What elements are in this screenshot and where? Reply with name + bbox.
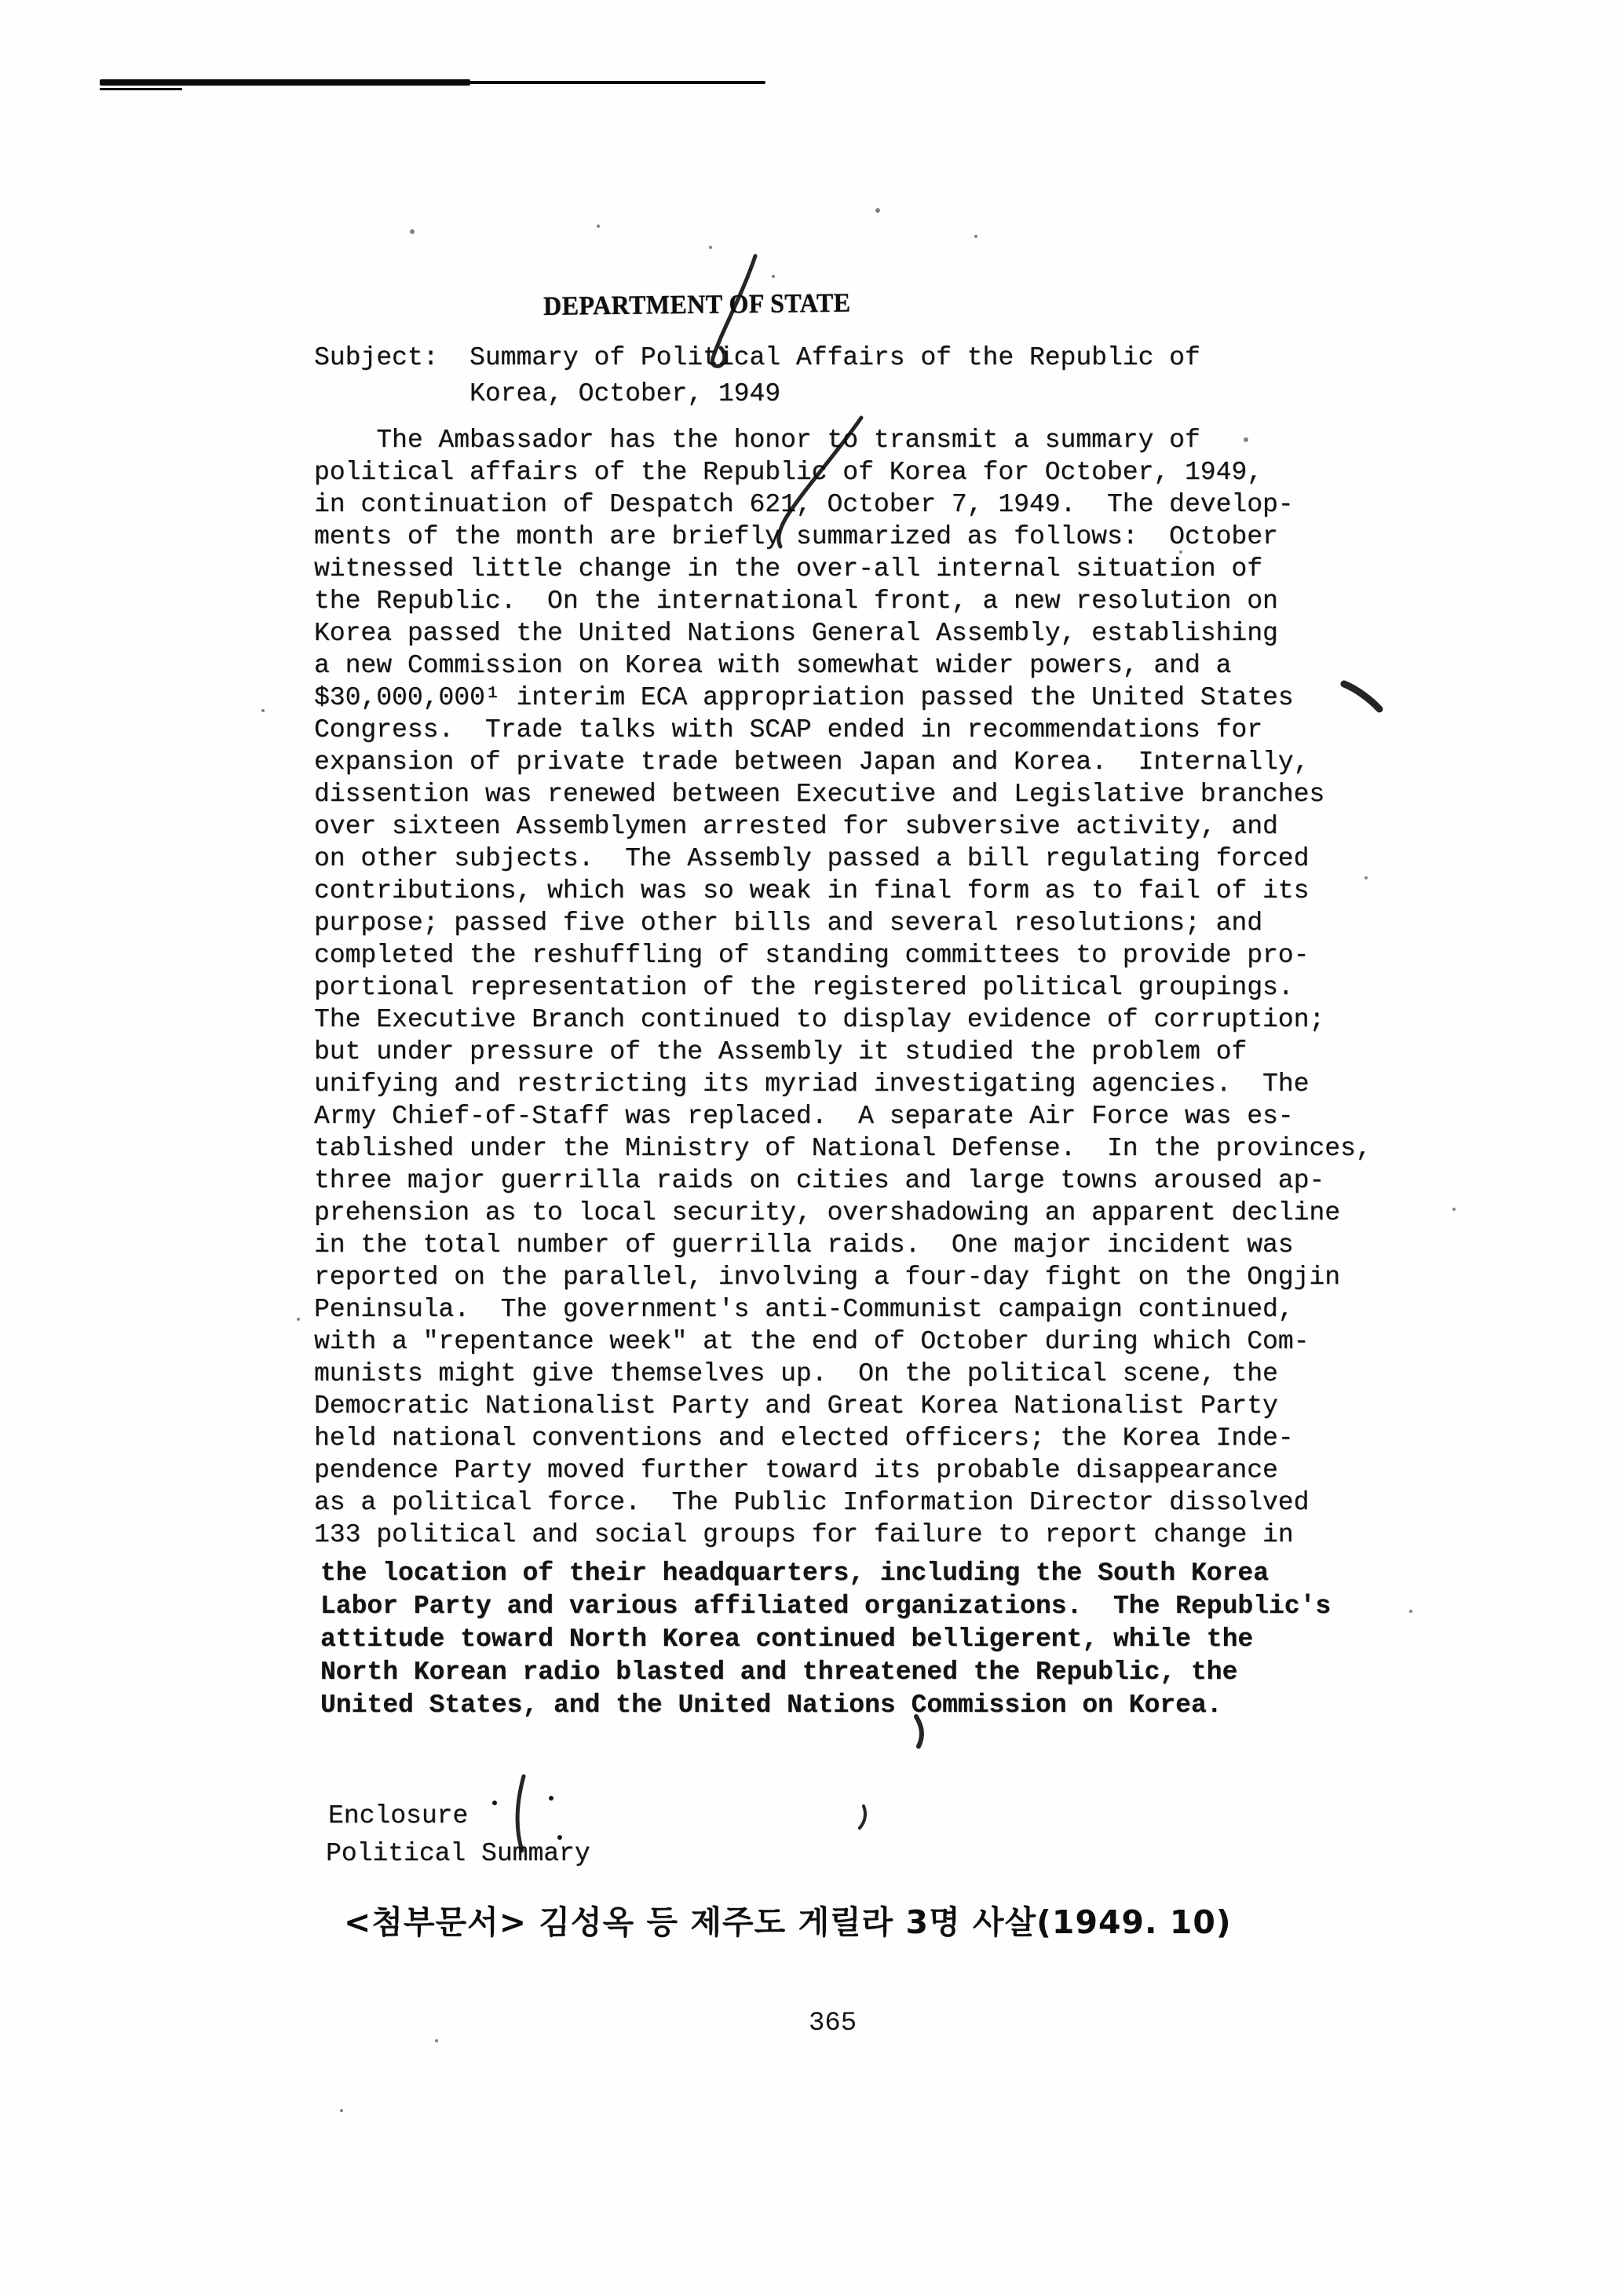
typed-line: completed the reshuffling of standing co… [314,939,1372,971]
top-rule-right-segment [467,81,765,84]
typed-line: in the total number of guerrilla raids. … [314,1229,1372,1261]
typed-line: Peninsula. The government's anti-Communi… [314,1293,1372,1325]
enclosure-item: Political Summary [326,1837,590,1870]
subject-block: Subject: Summary of Political Affairs of… [314,340,1200,412]
korean-attachment-caption: <첨부문서> 김성옥 등 제주도 게릴라 3명 사살(1949. 10) [344,1896,1232,1943]
typed-line: Korea passed the United Nations General … [314,617,1372,649]
typed-line: over sixteen Assemblymen arrested for su… [314,810,1372,843]
typed-line: the location of their headquarters, incl… [320,1557,1331,1590]
page-number: 365 [809,2009,857,2038]
typed-line: Army Chief-of-Staff was replaced. A sepa… [314,1100,1372,1132]
top-rule-left-segment [100,79,470,86]
typed-line: Subject: Summary of Political Affairs of… [314,340,1200,376]
enclosure-label: Enclosure [328,1800,468,1832]
typed-line: portional representation of the register… [314,971,1372,1004]
typed-line: Korea, October, 1949 [314,376,1200,412]
typed-line: reported on the parallel, involving a fo… [314,1261,1372,1293]
body-paragraph-2: the location of their headquarters, incl… [320,1557,1331,1722]
typed-line: Congress. Trade talks with SCAP ended in… [314,714,1372,746]
document-page: DEPARTMENT OF STATE Subject: Summary of … [0,0,1622,2296]
typed-line: ments of the month are briefly summarize… [314,521,1372,553]
typed-line: prehension as to local security, oversha… [314,1197,1372,1229]
typed-line: in continuation of Despatch 621, October… [314,488,1372,521]
typed-line: political affairs of the Republic of Kor… [314,456,1372,488]
typed-line: $30,000,000¹ interim ECA appropriation p… [314,682,1372,714]
typed-line: witnessed little change in the over-all … [314,553,1372,585]
typed-line: dissention was renewed between Executive… [314,778,1372,810]
typed-line: attitude toward North Korea continued be… [320,1623,1331,1656]
typed-line: but under pressure of the Assembly it st… [314,1036,1372,1068]
typed-line: United States, and the United Nations Co… [320,1689,1331,1722]
typed-line: tablished under the Ministry of National… [314,1132,1372,1164]
enclosure-scribble-dots [492,1796,562,1840]
stray-comma-mark [860,1806,865,1828]
typed-line: munists might give themselves up. On the… [314,1358,1372,1390]
typed-line: pendence Party moved further toward its … [314,1454,1372,1486]
typed-line: held national conventions and elected of… [314,1422,1372,1454]
typed-line: The Executive Branch continued to displa… [314,1004,1372,1036]
typed-line: Labor Party and various affiliated organ… [320,1590,1331,1623]
typed-line: with a "repentance week" at the end of O… [314,1325,1372,1358]
typed-line: as a political force. The Public Informa… [314,1486,1372,1519]
typed-line: the Republic. On the international front… [314,585,1372,617]
typed-line: Democratic Nationalist Party and Great K… [314,1390,1372,1422]
typed-line: The Ambassador has the honor to transmit… [314,424,1372,456]
typed-line: contributions, which was so weak in fina… [314,875,1372,907]
typed-line: expansion of private trade between Japan… [314,746,1372,778]
typed-line: 133 political and social groups for fail… [314,1519,1372,1551]
typed-line: three major guerrilla raids on cities an… [314,1164,1372,1197]
typed-line: unifying and restricting its myriad inve… [314,1068,1372,1100]
top-rule-underline [100,88,182,90]
typed-line: purpose; passed five other bills and sev… [314,907,1372,939]
typed-line: on other subjects. The Assembly passed a… [314,843,1372,875]
department-of-state-stamp: DEPARTMENT OF STATE [543,289,851,322]
typed-line: North Korean radio blasted and threatene… [320,1656,1331,1689]
typed-line: a new Commission on Korea with somewhat … [314,649,1372,682]
body-paragraph-1: The Ambassador has the honor to transmit… [314,424,1372,1551]
